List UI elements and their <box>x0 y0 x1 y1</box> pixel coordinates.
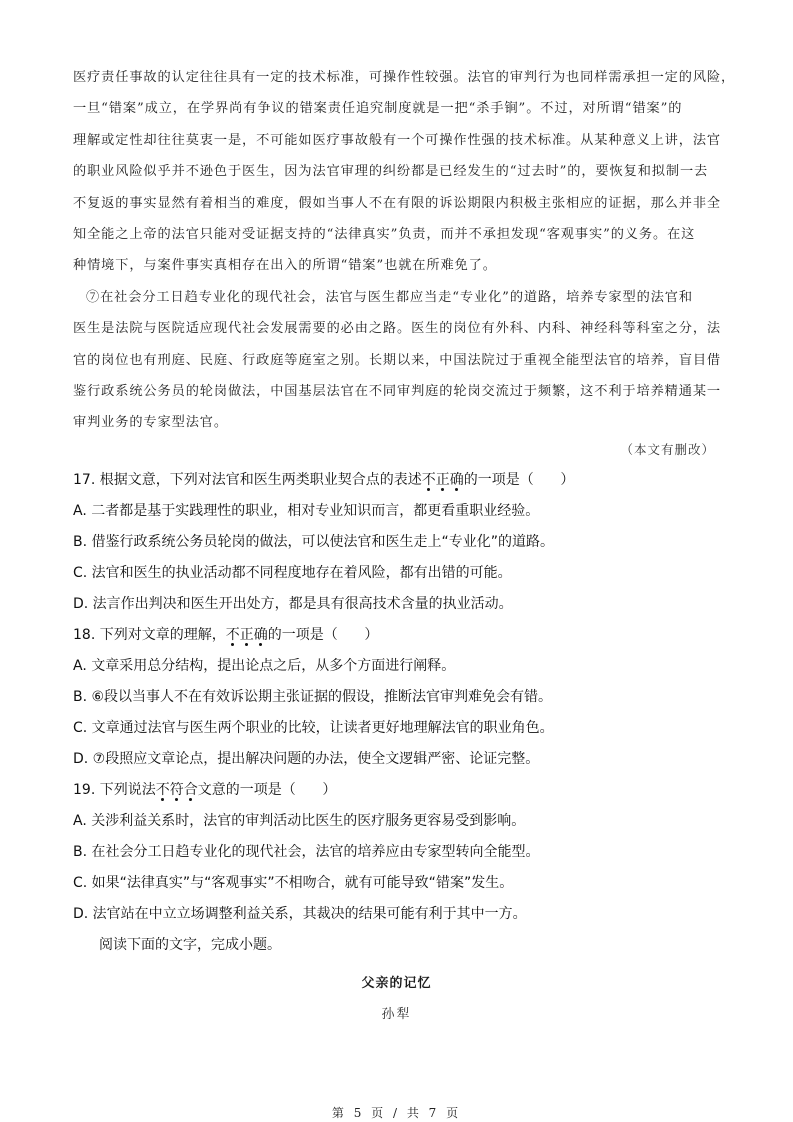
passage-line: 医生是法院与医院适应现代社会发展需要的必由之路。医生的岗位有外科、内科、神经科等… <box>73 313 723 344</box>
exam-page: 医疗责任事故的认定往往具有一定的技术标准，可操作性较强。法官的审判行为也同样需承… <box>0 0 793 1122</box>
passage-line: 知全能之上帝的法官只能对受证据支持的“法律真实”负责，而并不承担发现“客观事实”… <box>73 219 723 250</box>
reading-passage: 医疗责任事故的认定往往具有一定的技术标准，可操作性较强。法官的审判行为也同样需承… <box>73 62 723 439</box>
section-instruction: 阅读下面的文字，完成小题。 <box>73 930 723 961</box>
emphasis-char: 确 <box>450 472 464 488</box>
question-19-stem: 19. 下列说法不符合文意的一项是（ ） <box>73 775 723 806</box>
article-author: 孙犁 <box>0 1003 793 1022</box>
passage-line: 的职业风险似乎并不逊色于医生，因为法官审理的纠纷都是已经发生的“过去时”的，要恢… <box>73 156 723 187</box>
option-18-c: C. 文章通过法官与医生两个职业的比较，让读者更好地理解法官的职业角色。 <box>73 713 723 744</box>
passage-paragraph-7-start: ⑦在社会分工日趋专业化的现代社会，法官与医生都应当走“专业化”的道路，培养专家型… <box>73 282 723 313</box>
passage-line: 不复返的事实显然有着相当的难度，假如当事人不在有限的诉讼期限内积极主张相应的证据… <box>73 188 723 219</box>
emphasis-char: 符 <box>170 782 184 798</box>
option-17-c: C. 法官和医生的执业活动都不同程度地存在着风险，都有出错的可能。 <box>73 558 723 589</box>
option-17-d: D. 法言作出判决和医生开出处方，都是具有很高技术含量的执业活动。 <box>73 589 723 620</box>
option-17-a: A. 二者都是基于实践理性的职业，相对专业知识而言，都更看重职业经验。 <box>73 496 723 527</box>
stem-text: 的一项是（ ） <box>464 472 575 488</box>
passage-line: 医疗责任事故的认定往往具有一定的技术标准，可操作性较强。法官的审判行为也同样需承… <box>73 62 723 93</box>
stem-text: 的一项是（ ） <box>268 627 379 643</box>
emphasis-char: 不 <box>226 627 240 643</box>
option-18-d: D. ⑦段照应文章论点，提出解决问题的办法，使全文逻辑严密、论证完整。 <box>73 744 723 775</box>
article-title: 父亲的记忆 <box>0 972 793 991</box>
option-18-a: A. 文章采用总分结构，提出论点之后，从多个方面进行阐释。 <box>73 651 723 682</box>
source-note: （本文有删改） <box>620 440 715 458</box>
passage-line: 种情境下，与案件事实真相存在出入的所谓“错案”也就在所难免了。 <box>73 250 723 281</box>
page-number: 第 5 页 / 共 7 页 <box>0 1104 793 1121</box>
option-19-a: A. 关涉利益关系时，法官的审判活动比医生的医疗服务更容易受到影响。 <box>73 806 723 837</box>
passage-line: 官的岗位也有刑庭、民庭、行政庭等庭室之别。长期以来，中国法院过于重视全能型法官的… <box>73 345 723 376</box>
option-18-b: B. ⑥段以当事人不在有效诉讼期主张证据的假设，推断法官审判难免会有错。 <box>73 682 723 713</box>
passage-line: 理解或定性却往往莫衷一是，不可能如医疗事故般有一个可操作性强的技术标准。从某种意… <box>73 125 723 156</box>
stem-text: 17. 根据文意，下列对法官和医生两类职业契合点的表述 <box>73 472 422 488</box>
emphasis-char: 确 <box>254 627 268 643</box>
question-18-stem: 18. 下列对文章的理解，不正确的一项是（ ） <box>73 620 723 651</box>
passage-line: 一旦“错案”成立，在学界尚有争议的错案责任追究制度就是一把“杀手锏”。不过，对所… <box>73 93 723 124</box>
question-list: 17. 根据文意，下列对法官和医生两类职业契合点的表述不正确的一项是（ ） A.… <box>73 465 723 961</box>
emphasis-char: 不 <box>156 782 170 798</box>
option-17-b: B. 借鉴行政系统公务员轮岗的做法，可以使法官和医生走上“专业化”的道路。 <box>73 527 723 558</box>
passage-line: 审判业务的专家型法官。 <box>73 407 723 438</box>
emphasis-char: 不 <box>422 472 436 488</box>
emphasis-char: 正 <box>436 472 450 488</box>
emphasis-char: 合 <box>184 782 198 798</box>
stem-text: 19. 下列说法 <box>73 782 156 798</box>
stem-text: 18. 下列对文章的理解， <box>73 627 226 643</box>
option-19-c: C. 如果“法律真实”与“客观事实”不相吻合，就有可能导致“错案”发生。 <box>73 868 723 899</box>
option-19-d: D. 法官站在中立立场调整利益关系，其裁决的结果可能有利于其中一方。 <box>73 899 723 930</box>
stem-text: 文意的一项是（ ） <box>198 782 337 798</box>
emphasis-char: 正 <box>240 627 254 643</box>
option-19-b: B. 在社会分工日趋专业化的现代社会，法官的培养应由专家型转向全能型。 <box>73 837 723 868</box>
passage-line: 鉴行政系统公务员的轮岗做法，中国基层法官在不同审判庭的轮岗交流过于频繁，这不利于… <box>73 376 723 407</box>
question-17-stem: 17. 根据文意，下列对法官和医生两类职业契合点的表述不正确的一项是（ ） <box>73 465 723 496</box>
